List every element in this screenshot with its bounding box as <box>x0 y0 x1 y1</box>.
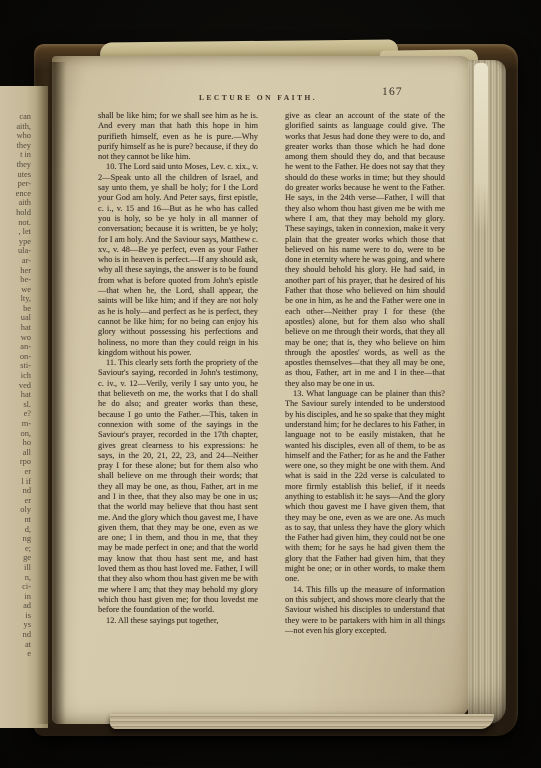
paragraph-12-start: 12. All these sayings put together, <box>98 616 258 626</box>
facing-page-text-fragments: can aith, who they t in they utes per- e… <box>1 112 31 659</box>
paragraph-11: 11. This clearly sets forth the propriet… <box>98 358 258 615</box>
paragraph-12-continuation: give as clear an account of the state of… <box>285 111 445 389</box>
paragraph-14: 14. This fills up the measure of informa… <box>285 585 445 636</box>
facing-page-sliver: can aith, who they t in they utes per- e… <box>0 86 48 728</box>
photo-background: can aith, who they t in they utes per- e… <box>0 0 541 768</box>
paragraph-13: 13. What language can be plainer than th… <box>285 389 445 585</box>
bottom-page-edges <box>110 714 494 729</box>
book-page: LECTURE ON FAITH. 167 shall be like him;… <box>52 56 472 724</box>
left-text-column: shall be like him; for we shall see him … <box>98 111 258 626</box>
running-title: LECTURE ON FAITH. <box>199 93 317 102</box>
paragraph-continuation: shall be like him; for we shall see him … <box>98 111 258 162</box>
page-header: LECTURE ON FAITH. 167 <box>52 56 472 106</box>
paragraph-10: 10. The Lord said unto Moses, Lev. c. xi… <box>98 162 258 358</box>
fore-edge-highlight <box>474 63 488 233</box>
page-number: 167 <box>382 86 403 98</box>
right-text-column: give as clear an account of the state of… <box>285 111 445 636</box>
